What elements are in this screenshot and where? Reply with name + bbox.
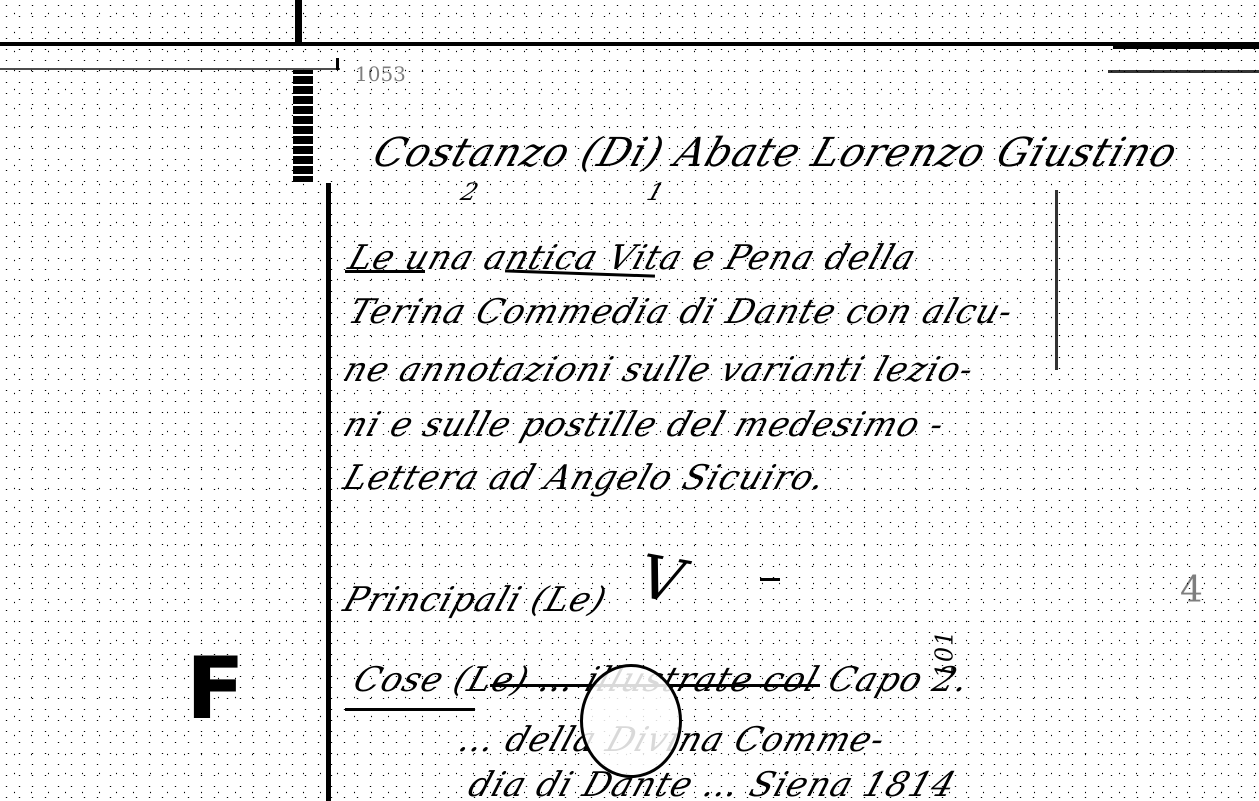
entry2-line-3: dia di Dante … Siena 1814: [464, 765, 962, 801]
margin-number: 101: [930, 630, 958, 679]
top-right-line: [1113, 44, 1259, 49]
subheading: Principali (Le): [339, 580, 613, 620]
margin-mark: 4: [1180, 570, 1203, 611]
top-inner-line: [0, 68, 340, 70]
heading-author: Costanzo (Di) Abate Lorenzo Giustino: [368, 130, 1184, 176]
card-right-border: [1055, 190, 1058, 370]
check-mark: V: [634, 542, 689, 618]
card-divider-tab: [293, 70, 313, 182]
entry1-line-4: ni e sulle postille del medesimo -: [339, 405, 951, 445]
heading-underline: [345, 270, 425, 273]
top-border-line: [0, 42, 1259, 46]
card-top-left-corner: [336, 58, 339, 70]
drawer-letter-f: F: [186, 646, 245, 732]
entry1-line-5: Lettera ad Angelo Sicuiro.: [339, 458, 832, 498]
entry1-line-3: ne annotazioni sulle varianti lezio-: [339, 350, 980, 390]
top-inner-line-right: [1108, 70, 1259, 73]
top-divider-stub: [295, 0, 302, 42]
heading-superscript-2: 1: [643, 178, 668, 206]
dash-mark: [760, 578, 780, 581]
entry1-line-1: Le una antica Vita e Pena della: [344, 238, 922, 278]
library-stamp: [580, 664, 682, 778]
card-left-border: [326, 183, 331, 801]
entry1-line-2: Terina Commedia di Dante con alcu-: [344, 292, 1019, 332]
entry2-underline: [345, 708, 475, 711]
faint-catalog-number: 1053: [355, 62, 406, 86]
heading-superscript-1: 2: [457, 178, 482, 206]
